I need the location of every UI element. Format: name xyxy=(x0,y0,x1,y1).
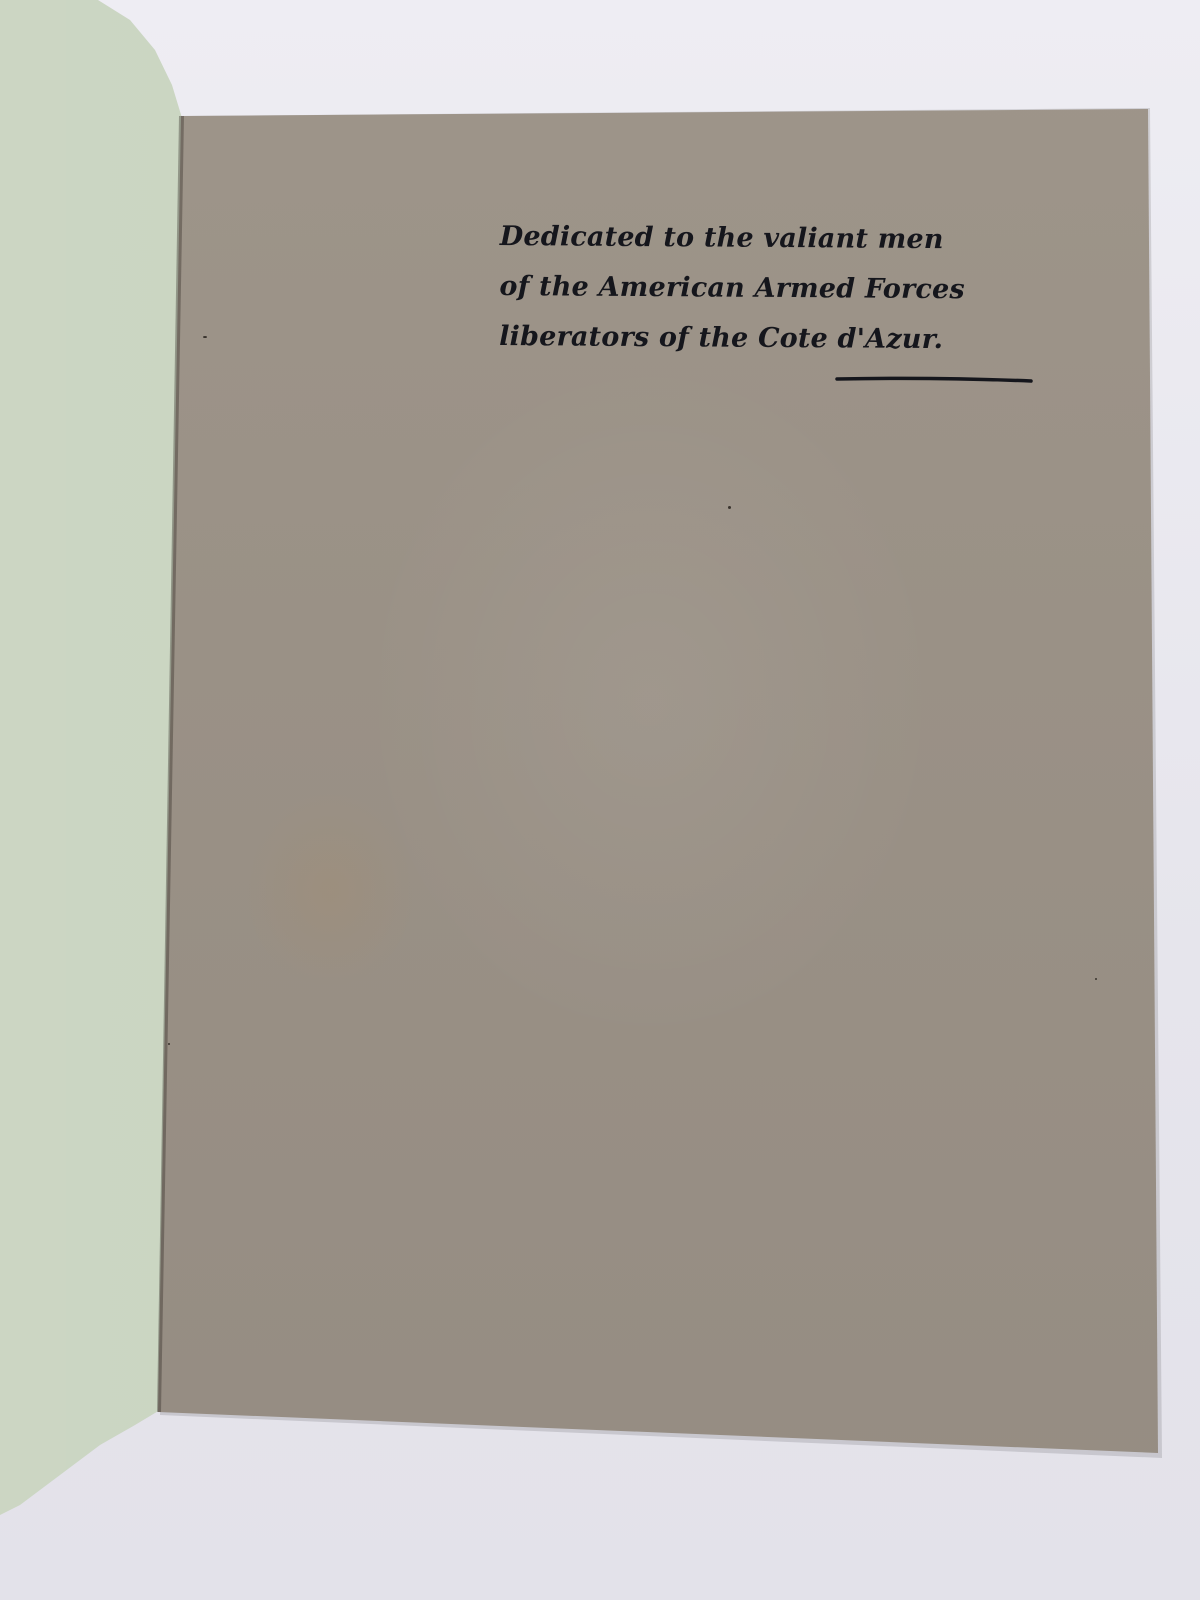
dedication-line-3: liberators of the Cote d'Azur. xyxy=(499,312,1059,366)
paper-speck xyxy=(168,1043,170,1045)
dedication-line-1: Dedicated to the valiant men xyxy=(500,212,1060,266)
dedication-underline xyxy=(835,376,1035,384)
paper-speck xyxy=(728,506,731,509)
dedication-text: Dedicated to the valiant men of the Amer… xyxy=(499,212,1060,366)
paper-speck xyxy=(1095,978,1097,980)
dedication-line-2: of the American Armed Forces xyxy=(499,262,1059,316)
paper-speck xyxy=(203,336,207,338)
